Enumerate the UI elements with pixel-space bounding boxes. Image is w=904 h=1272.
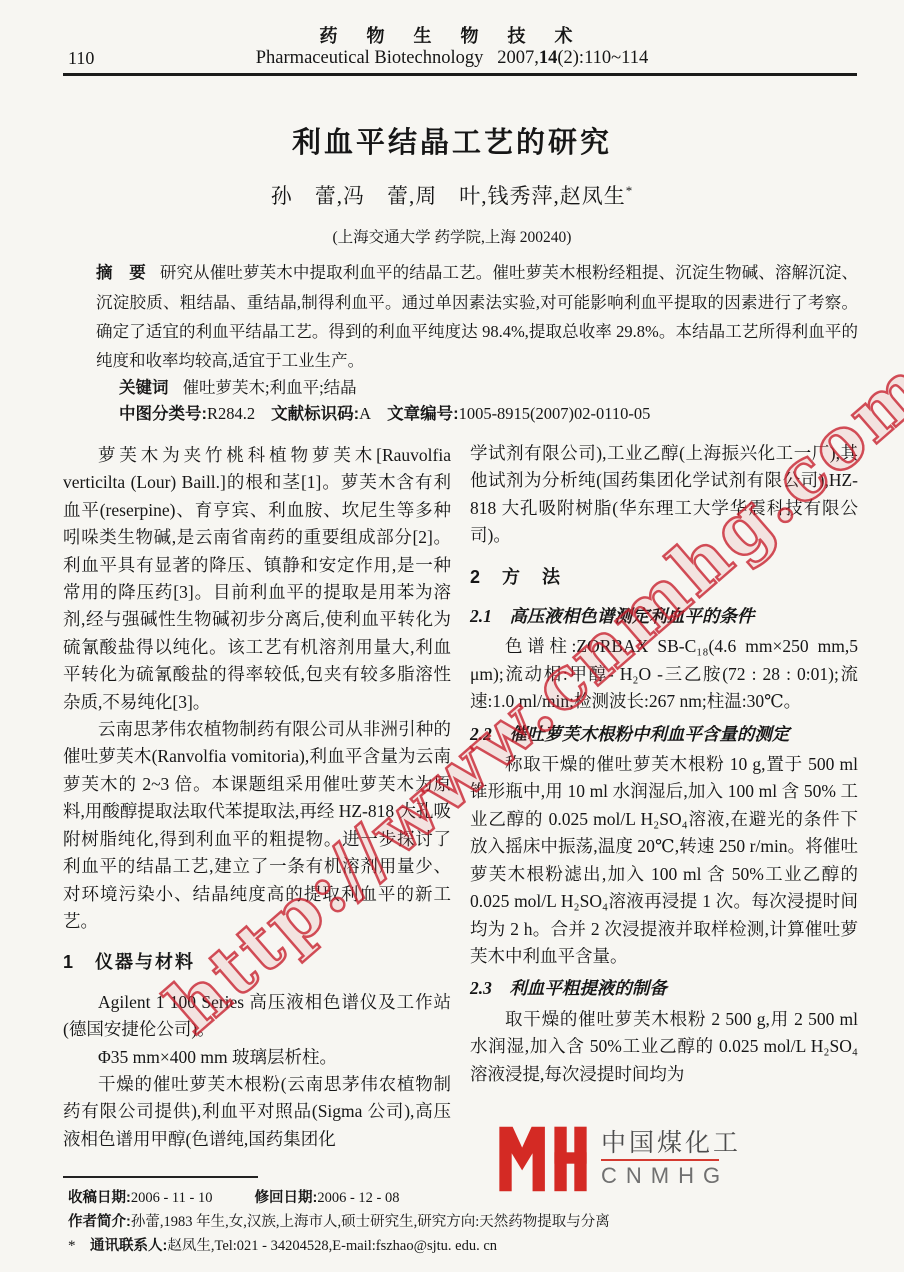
paragraph-column-spec: Φ35 mm×400 mm 玻璃层析柱。 (63, 1044, 451, 1071)
article-id-label: 文章编号: (387, 405, 459, 423)
authors: 孙 蕾,冯 蕾,周 叶,钱秀萍,赵凤生 (271, 184, 626, 208)
journal-page: 药 物 生 物 技 术 110 Pharmaceutical Biotechno… (0, 0, 904, 1272)
author-line: 孙 蕾,冯 蕾,周 叶,钱秀萍,赵凤生* (0, 180, 904, 210)
keywords-text: 催吐萝芙木;利血平;结晶 (183, 378, 357, 397)
paragraph-materials-cont: 学试剂有限公司),工业乙醇(上海振兴化工一厂),其他试剂为分析纯(国药集团化学试… (470, 440, 858, 550)
section-2-3-heading: 2.3 利血平粗提液的制备 (470, 975, 858, 1002)
keywords-line: 关键词催吐萝芙木;利血平;结晶 (119, 374, 859, 398)
abstract-block: 摘 要研究从催吐萝芙木中提取利血平的结晶工艺。催吐萝芙木根粉经粗提、沉淀生物碱、… (96, 258, 858, 375)
doc-code-value: A (359, 404, 371, 423)
bio-text: 孙蕾,1983 年生,女,汉族,上海市人,硕士研究生,研究方向:天然药物提取与分… (131, 1214, 610, 1230)
footnote-rule (63, 1176, 258, 1178)
paragraph-hplc-conditions: 色谱柱:ZORBAX SB-C₁₈(4.6 mm×250 mm,5 μm);流动… (470, 633, 858, 715)
article-title: 利血平结晶工艺的研究 (0, 120, 904, 161)
logo-en-text: CNMHG (601, 1164, 729, 1188)
paragraph-crude-extract: 取干燥的催吐萝芙木根粉 2 500 g,用 2 500 ml 水润湿,加入含 5… (470, 1006, 858, 1088)
logo-underline (601, 1159, 719, 1161)
section-2-1-heading: 2.1 高压液相色谱测定利血平的条件 (470, 603, 858, 630)
revised-date: 2006 - 12 - 08 (317, 1190, 399, 1206)
clc-label: 中图分类号: (119, 405, 207, 423)
issue-volume: 14 (539, 48, 558, 68)
received-date: 2006 - 11 - 10 (131, 1190, 213, 1206)
paragraph-instruments: Agilent 1 100 Series 高压液相色谱仪及工作站(德国安捷伦公司… (63, 989, 451, 1044)
corresponding-author-mark: * (626, 183, 634, 198)
contact-text: 赵凤生,Tel:021 - 34204528,E-mail:fszhao@sjt… (167, 1238, 497, 1254)
article-id-value: 1005-8915(2007)02-0110-05 (459, 404, 651, 423)
paragraph-materials: 干燥的催吐萝芙木根粉(云南思茅伟农植物制药有限公司提供),利血平对照品(Sigm… (63, 1071, 451, 1153)
right-column: 学试剂有限公司),工业乙醇(上海振兴化工一厂),其他试剂为分析纯(国药集团化学试… (470, 440, 858, 1088)
author-bio-line: 作者简介:孙蕾,1983 年生,女,汉族,上海市人,硕士研究生,研究方向:天然药… (68, 1210, 868, 1234)
abstract-label: 摘 要 (96, 264, 146, 282)
section-2-heading: 2 方 法 (470, 564, 858, 591)
issue-pages: (2):110~114 (557, 48, 648, 68)
contact-line: *通讯联系人:赵凤生,Tel:021 - 34204528,E-mail:fsz… (68, 1234, 868, 1258)
keywords-label: 关键词 (119, 379, 169, 397)
journal-title-cn: 药 物 生 物 技 术 (0, 22, 904, 48)
cnmhg-logo: 中国煤化工 CNMHG (495, 1118, 745, 1198)
paragraph-intro-2: 云南思茅伟农植物制药有限公司从非洲引种的催吐萝芙木(Ranvolfia vomi… (63, 716, 451, 935)
received-label: 收稿日期: (68, 1190, 131, 1206)
logo-cn-text: 中国煤化工 (601, 1129, 741, 1157)
section-2-2-heading: 2.2 催吐萝芙木根粉中利血平含量的测定 (470, 721, 858, 748)
issue-year: 2007, (497, 48, 539, 68)
cnmhg-logo-icon (495, 1121, 591, 1195)
affiliation: (上海交通大学 药学院,上海 200240) (0, 225, 904, 247)
journal-title-en: Pharmaceutical Biotechnology 2007,14(2):… (0, 48, 904, 69)
asterisk-mark: * (68, 1234, 90, 1258)
doc-code-label: 文献标识码: (271, 405, 359, 423)
left-column: 萝芙木为夹竹桃科植物萝芙木[Rauvolfia verticilta (Lour… (63, 442, 451, 1153)
footnotes: 收稿日期:2006 - 11 - 10修回日期:2006 - 12 - 08 作… (68, 1186, 868, 1258)
classification-line: 中图分类号:R284.2文献标识码:A文章编号:1005-8915(2007)0… (119, 400, 859, 424)
cnmhg-logo-text: 中国煤化工 CNMHG (601, 1129, 741, 1188)
section-1-heading: 1 仪器与材料 (63, 949, 451, 976)
contact-label: 通讯联系人: (90, 1238, 167, 1254)
paragraph-content-determination: 称取干燥的催吐萝芙木根粉 10 g,置于 500 ml 锥形瓶中,用 10 ml… (470, 751, 858, 970)
clc-value: R284.2 (207, 404, 255, 423)
bio-label: 作者简介: (68, 1214, 131, 1230)
header-rule (63, 73, 857, 76)
abstract-text: 研究从催吐萝芙木中提取利血平的结晶工艺。催吐萝芙木根粉经粗提、沉淀生物碱、溶解沉… (96, 263, 858, 370)
paragraph-intro-1: 萝芙木为夹竹桃科植物萝芙木[Rauvolfia verticilta (Lour… (63, 442, 451, 716)
revised-label: 修回日期: (254, 1190, 317, 1206)
journal-name-en: Pharmaceutical Biotechnology (256, 48, 484, 68)
dates-line: 收稿日期:2006 - 11 - 10修回日期:2006 - 12 - 08 (68, 1186, 868, 1210)
